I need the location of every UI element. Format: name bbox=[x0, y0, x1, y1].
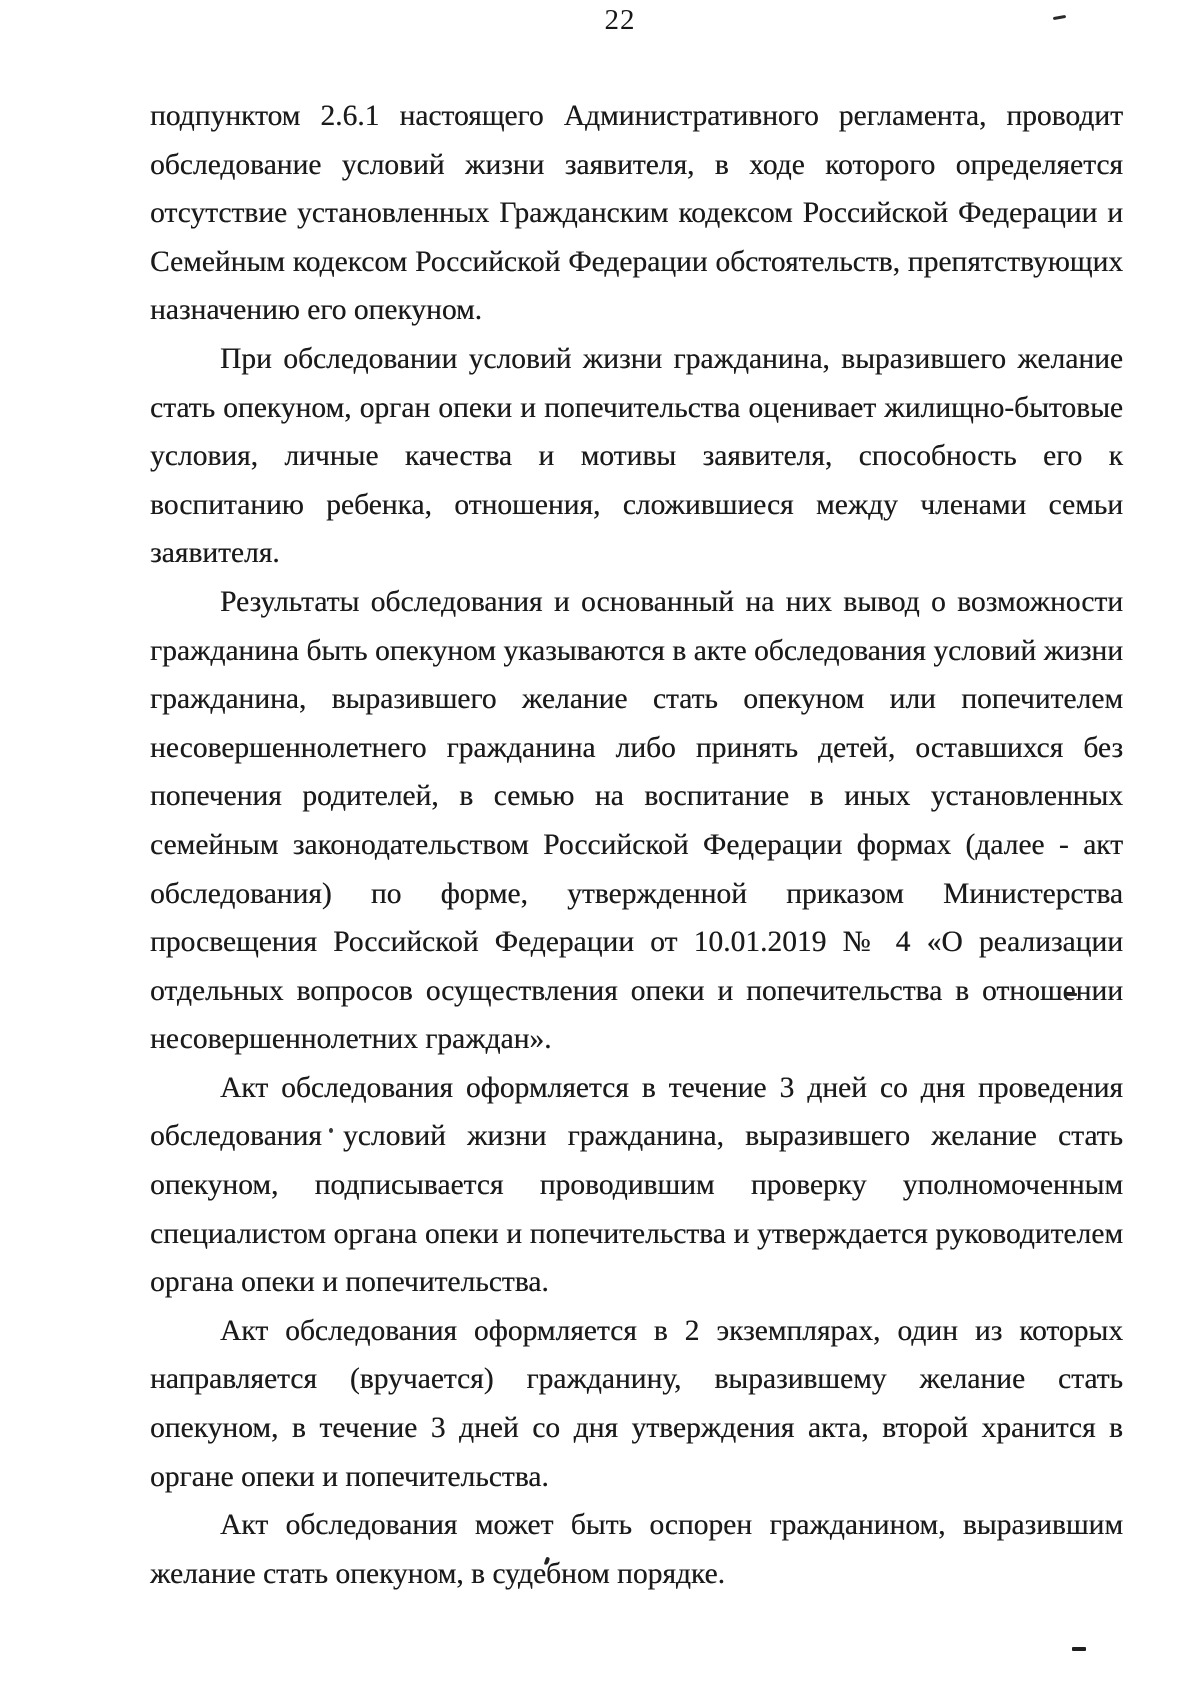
paragraph-1: подпунктом 2.6.1 настоящего Администрати… bbox=[150, 92, 1123, 335]
scan-artifact-top-right bbox=[1053, 15, 1066, 20]
paragraph-6: Акт обследования может быть оспорен граж… bbox=[150, 1501, 1123, 1598]
paragraph-2: При обследовании условий жизни гражданин… bbox=[150, 335, 1123, 578]
paragraph-3: Результаты обследования и основанный на … bbox=[150, 578, 1123, 1064]
scan-artifact-bottom-right bbox=[1072, 1647, 1086, 1651]
scan-artifact-inline-dot bbox=[329, 1128, 333, 1133]
paragraph-4: Акт обследования оформляется в течение 3… bbox=[150, 1064, 1123, 1307]
scan-artifact-mid-right bbox=[1066, 993, 1077, 996]
document-text-block: подпунктом 2.6.1 настоящего Администрати… bbox=[150, 92, 1123, 1598]
paragraph-5: Акт обследования оформляется в 2 экземпл… bbox=[150, 1307, 1123, 1501]
document-page: 22 подпунктом 2.6.1 настоящего Администр… bbox=[0, 0, 1200, 1704]
page-number: 22 bbox=[560, 4, 680, 37]
